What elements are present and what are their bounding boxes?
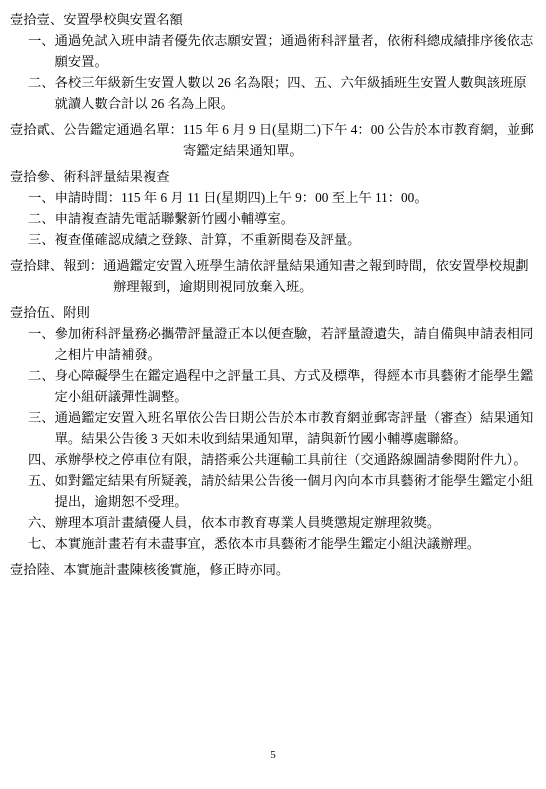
section-paragraph: 壹拾陸、本實施計畫陳核後實施，修正時亦同。 [10,559,535,580]
list-item: 四、承辦學校之停車位有限，請搭乘公共運輸工具前往（交通路線圖請參閱附件九）。 [28,449,535,470]
page-number: 5 [0,748,546,762]
section-label: 壹拾參、 [10,169,63,184]
item-text: 承辦學校之停車位有限，請搭乘公共運輸工具前往（交通路線圖請參閱附件九）。 [55,452,527,467]
item-label: 三、 [28,410,55,425]
list-item: 三、複查僅確認成績之登錄、計算，不重新閱卷及評量。 [28,229,535,250]
section-placement-schools: 壹拾壹、安置學校與安置名額 一、通過免試入班申請者優先依志願安置；通過術科評量者… [10,9,535,114]
item-label: 二、 [28,368,55,383]
list-item: 七、本實施計畫若有未盡事宜，悉依本市具藝術才能學生鑑定小組決議辦理。 [28,533,535,554]
section-title: 術科評量結果複查 [63,169,169,184]
item-label: 七、 [28,536,55,551]
section-label: 壹拾伍、 [10,305,63,320]
section-text: 本實施計畫陳核後實施，修正時亦同。 [63,562,289,577]
item-text: 如對鑑定結果有所疑義，請於結果公告後一個月內向本市具藝術才能學生鑑定小組提出，逾… [55,473,534,509]
section-heading: 壹拾伍、附則 [10,302,535,323]
section-paragraph: 壹拾肆、報到：通過鑑定安置入班學生請依評量結果通知書之報到時間，依安置學校規劃辦… [10,255,535,297]
section-label: 壹拾貳、 [10,122,63,137]
item-text: 通過鑑定安置入班名單依公告日期公告於本市教育網並郵寄評量（審查）結果通知單。結果… [55,410,534,446]
item-text: 申請時間：115 年 6 月 11 日(星期四)上午 9：00 至上午 11：0… [55,190,428,205]
section-supplementary-rules: 壹拾伍、附則 一、參加術科評量務必攜帶評量證正本以便查驗，若評量證遺失，請自備與… [10,302,535,554]
item-text: 申請複查請先電話聯繫新竹國小輔導室。 [55,211,294,226]
list-item: 二、身心障礙學生在鑑定過程中之評量工具、方式及標準，得經本市具藝術才能學生鑑定小… [28,365,535,407]
item-label: 一、 [28,33,55,48]
section-title: 安置學校與安置名額 [63,12,183,27]
section-heading: 壹拾壹、安置學校與安置名額 [10,9,535,30]
section-label: 壹拾肆、 [10,258,63,273]
list-item: 一、參加術科評量務必攜帶評量證正本以便查驗，若評量證遺失，請自備與申請表相同之相… [28,323,535,365]
item-text: 辦理本項計畫績優人員，依本市教育專業人員獎懲規定辦理敘獎。 [55,515,441,530]
item-label: 二、 [28,211,55,226]
item-text: 本實施計畫若有未盡事宜，悉依本市具藝術才能學生鑑定小組決議辦理。 [55,536,481,551]
section-score-recheck: 壹拾參、術科評量結果複查 一、申請時間：115 年 6 月 11 日(星期四)上… [10,166,535,250]
item-text: 通過免試入班申請者優先依志願安置；通過術科評量者，依術科總成績排序後依志願安置。 [55,33,534,69]
list-item: 二、各校三年級新生安置人數以 26 名為限；四、五、六年級插班生安置人數與該班原… [28,72,535,114]
section-paragraph: 壹拾貳、公告鑑定通過名單：115 年 6 月 9 日(星期二)下午 4：00 公… [10,119,535,161]
section-heading: 壹拾參、術科評量結果複查 [10,166,535,187]
section-result-announcement: 壹拾貳、公告鑑定通過名單：115 年 6 月 9 日(星期二)下午 4：00 公… [10,119,535,161]
section-text: 公告鑑定通過名單：115 年 6 月 9 日(星期二)下午 4：00 公告於本市… [63,122,533,158]
list-item: 六、辦理本項計畫績優人員，依本市教育專業人員獎懲規定辦理敘獎。 [28,512,535,533]
section-registration: 壹拾肆、報到：通過鑑定安置入班學生請依評量結果通知書之報到時間，依安置學校規劃辦… [10,255,535,297]
item-label: 一、 [28,190,55,205]
item-label: 一、 [28,326,55,341]
section-text: 報到：通過鑑定安置入班學生請依評量結果通知書之報到時間，依安置學校規劃辦理報到，… [63,258,528,294]
item-text: 參加術科評量務必攜帶評量證正本以便查驗，若評量證遺失，請自備與申請表相同之相片申… [55,326,534,362]
section-label: 壹拾壹、 [10,12,63,27]
list-item: 一、通過免試入班申請者優先依志願安置；通過術科評量者，依術科總成績排序後依志願安… [28,30,535,72]
item-label: 三、 [28,232,55,247]
document-page: 壹拾壹、安置學校與安置名額 一、通過免試入班申請者優先依志願安置；通過術科評量者… [0,0,546,789]
list-item: 三、通過鑑定安置入班名單依公告日期公告於本市教育網並郵寄評量（審查）結果通知單。… [28,407,535,449]
item-text: 複查僅確認成績之登錄、計算，不重新閱卷及評量。 [55,232,361,247]
item-label: 五、 [28,473,55,488]
section-title: 附則 [63,305,90,320]
list-item: 五、如對鑑定結果有所疑義，請於結果公告後一個月內向本市具藝術才能學生鑑定小組提出… [28,470,535,512]
item-label: 六、 [28,515,55,530]
section-implementation: 壹拾陸、本實施計畫陳核後實施，修正時亦同。 [10,559,535,580]
item-text: 身心障礙學生在鑑定過程中之評量工具、方式及標準，得經本市具藝術才能學生鑑定小組研… [55,368,534,404]
item-text: 各校三年級新生安置人數以 26 名為限；四、五、六年級插班生安置人數與該班原就讀… [55,75,527,111]
section-label: 壹拾陸、 [10,562,63,577]
list-item: 一、申請時間：115 年 6 月 11 日(星期四)上午 9：00 至上午 11… [28,187,535,208]
item-label: 四、 [28,452,55,467]
item-label: 二、 [28,75,55,90]
list-item: 二、申請複查請先電話聯繫新竹國小輔導室。 [28,208,535,229]
